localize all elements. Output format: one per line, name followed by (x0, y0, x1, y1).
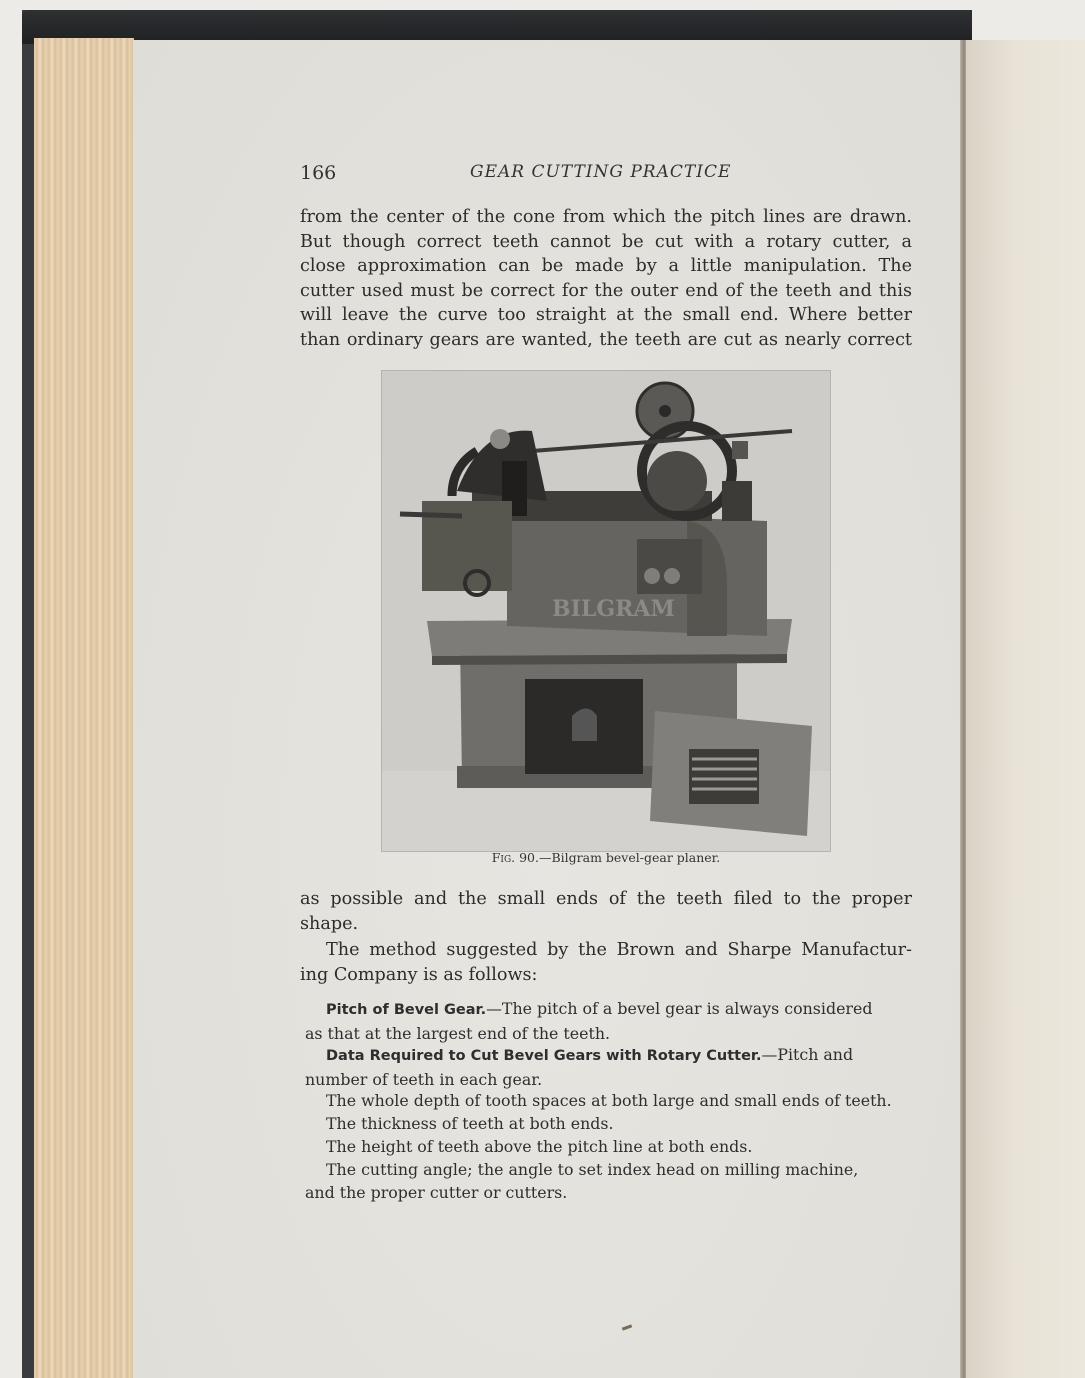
book-page-edges (34, 38, 134, 1378)
section-heading: Pitch of Bevel Gear. (326, 1002, 486, 1018)
section-data-required: Data Required to Cut Bevel Gears with Ro… (305, 1043, 913, 1091)
text-line: as that at the largest end of the teeth. (305, 1022, 913, 1045)
section-pitch-of-bevel-gear: Pitch of Bevel Gear.—The pitch of a beve… (305, 997, 913, 1045)
figure-caption-prefix: Fig. 90. (492, 850, 539, 865)
data-item: The whole depth of tooth spaces at both … (305, 1089, 913, 1112)
text-line: will leave the curve too straight at the… (300, 303, 912, 328)
data-items-list: The whole depth of tooth spaces at both … (305, 1089, 913, 1204)
text-line: cutter used must be correct for the oute… (300, 279, 912, 304)
paragraph-top: from the center of the cone from which t… (300, 205, 912, 353)
data-item: The cutting angle; the angle to set inde… (305, 1158, 913, 1181)
text-line: But though correct teeth cannot be cut w… (300, 230, 912, 255)
page-header: 166 GEAR CUTTING PRACTICE (300, 162, 912, 192)
text-line: shape. (300, 912, 912, 937)
facing-page-edge (966, 40, 1085, 1378)
figure-photo-bilgram-planer: BILGRAM (381, 370, 831, 852)
section-heading: Data Required to Cut Bevel Gears with Ro… (326, 1048, 762, 1064)
data-item: and the proper cutter or cutters. (305, 1181, 913, 1204)
text-line: than ordinary gears are wanted, the teet… (300, 328, 912, 353)
text-line: number of teeth in each gear. (305, 1068, 913, 1091)
text-line: —The pitch of a bevel gear is always con… (486, 999, 872, 1018)
paragraph-method: The method suggested by the Brown and Sh… (300, 938, 912, 987)
text-line: The method suggested by the Brown and Sh… (300, 938, 912, 963)
text-line: —Pitch and (762, 1045, 854, 1064)
page-number: 166 (300, 162, 336, 184)
running-title: GEAR CUTTING PRACTICE (470, 162, 731, 182)
data-item: The thickness of teeth at both ends. (305, 1112, 913, 1135)
text-line: ing Company is as follows: (300, 963, 912, 988)
data-item: The height of teeth above the pitch line… (305, 1135, 913, 1158)
text-line: close approximation can be made by a lit… (300, 254, 912, 279)
text-line: as possible and the small ends of the te… (300, 887, 912, 912)
machine-illustration-icon: BILGRAM (382, 371, 830, 851)
machine-brand-text: BILGRAM (552, 596, 675, 622)
paragraph-after-figure: as possible and the small ends of the te… (300, 887, 912, 936)
text-line: from the center of the cone from which t… (300, 205, 912, 230)
figure-caption-text: —Bilgram bevel-gear planer. (539, 850, 720, 865)
figure-caption: Fig. 90.—Bilgram bevel-gear planer. (300, 850, 912, 865)
book-cover-top-edge (22, 10, 972, 44)
